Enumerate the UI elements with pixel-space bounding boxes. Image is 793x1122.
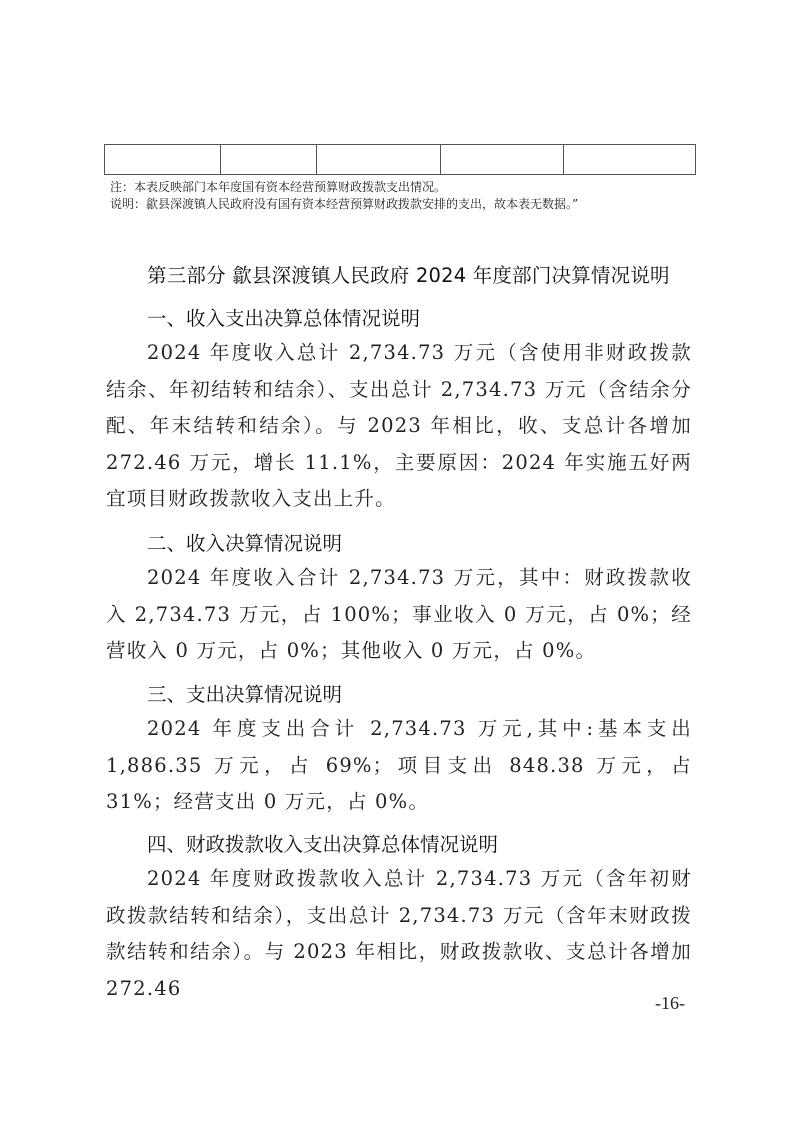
part-title: 第三部分 歙县深渡镇人民政府 2024 年度部门决算情况说明 [147,260,670,288]
table-note: 注：本表反映部门本年度国有资本经营预算财政拨款支出情况。 [110,179,578,196]
table-cell [221,145,317,175]
section-heading-1: 一、收入支出决算总体情况说明 [147,303,420,331]
section-heading-2: 二、收入决算情况说明 [147,528,342,556]
page-number: -16- [655,993,685,1014]
table-cell [564,145,696,175]
table-notes: 注：本表反映部门本年度国有资本经营预算财政拨款支出情况。 说明：歙县深渡镇人民政… [110,179,578,213]
empty-budget-table [104,144,696,175]
table-cell [317,145,441,175]
table-row [105,145,696,175]
section-heading-3: 三、支出决算情况说明 [147,679,342,707]
table-cell [441,145,564,175]
section-body-3: 2024 年度支出合计 2,734.73 万元,其中:基本支出 1,886.35… [106,711,692,821]
table-cell [105,145,221,175]
section-body-4: 2024 年度财政拨款收入总计 2,734.73 万元（含年初财政拨款结转和结余… [106,861,692,1007]
section-body-1: 2024 年度收入总计 2,734.73 万元（含使用非财政拨款结余、年初结转和… [106,335,692,518]
section-body-2: 2024 年度收入合计 2,734.73 万元，其中：财政拨款收入 2,734.… [106,560,692,670]
document-page: 注：本表反映部门本年度国有资本经营预算财政拨款支出情况。 说明：歙县深渡镇人民政… [0,0,793,1122]
table-explanation: 说明：歙县深渡镇人民政府没有国有资本经营预算财政拨款安排的支出，故本表无数据。” [110,196,578,213]
section-heading-4: 四、财政拨款收入支出决算总体情况说明 [147,829,498,857]
